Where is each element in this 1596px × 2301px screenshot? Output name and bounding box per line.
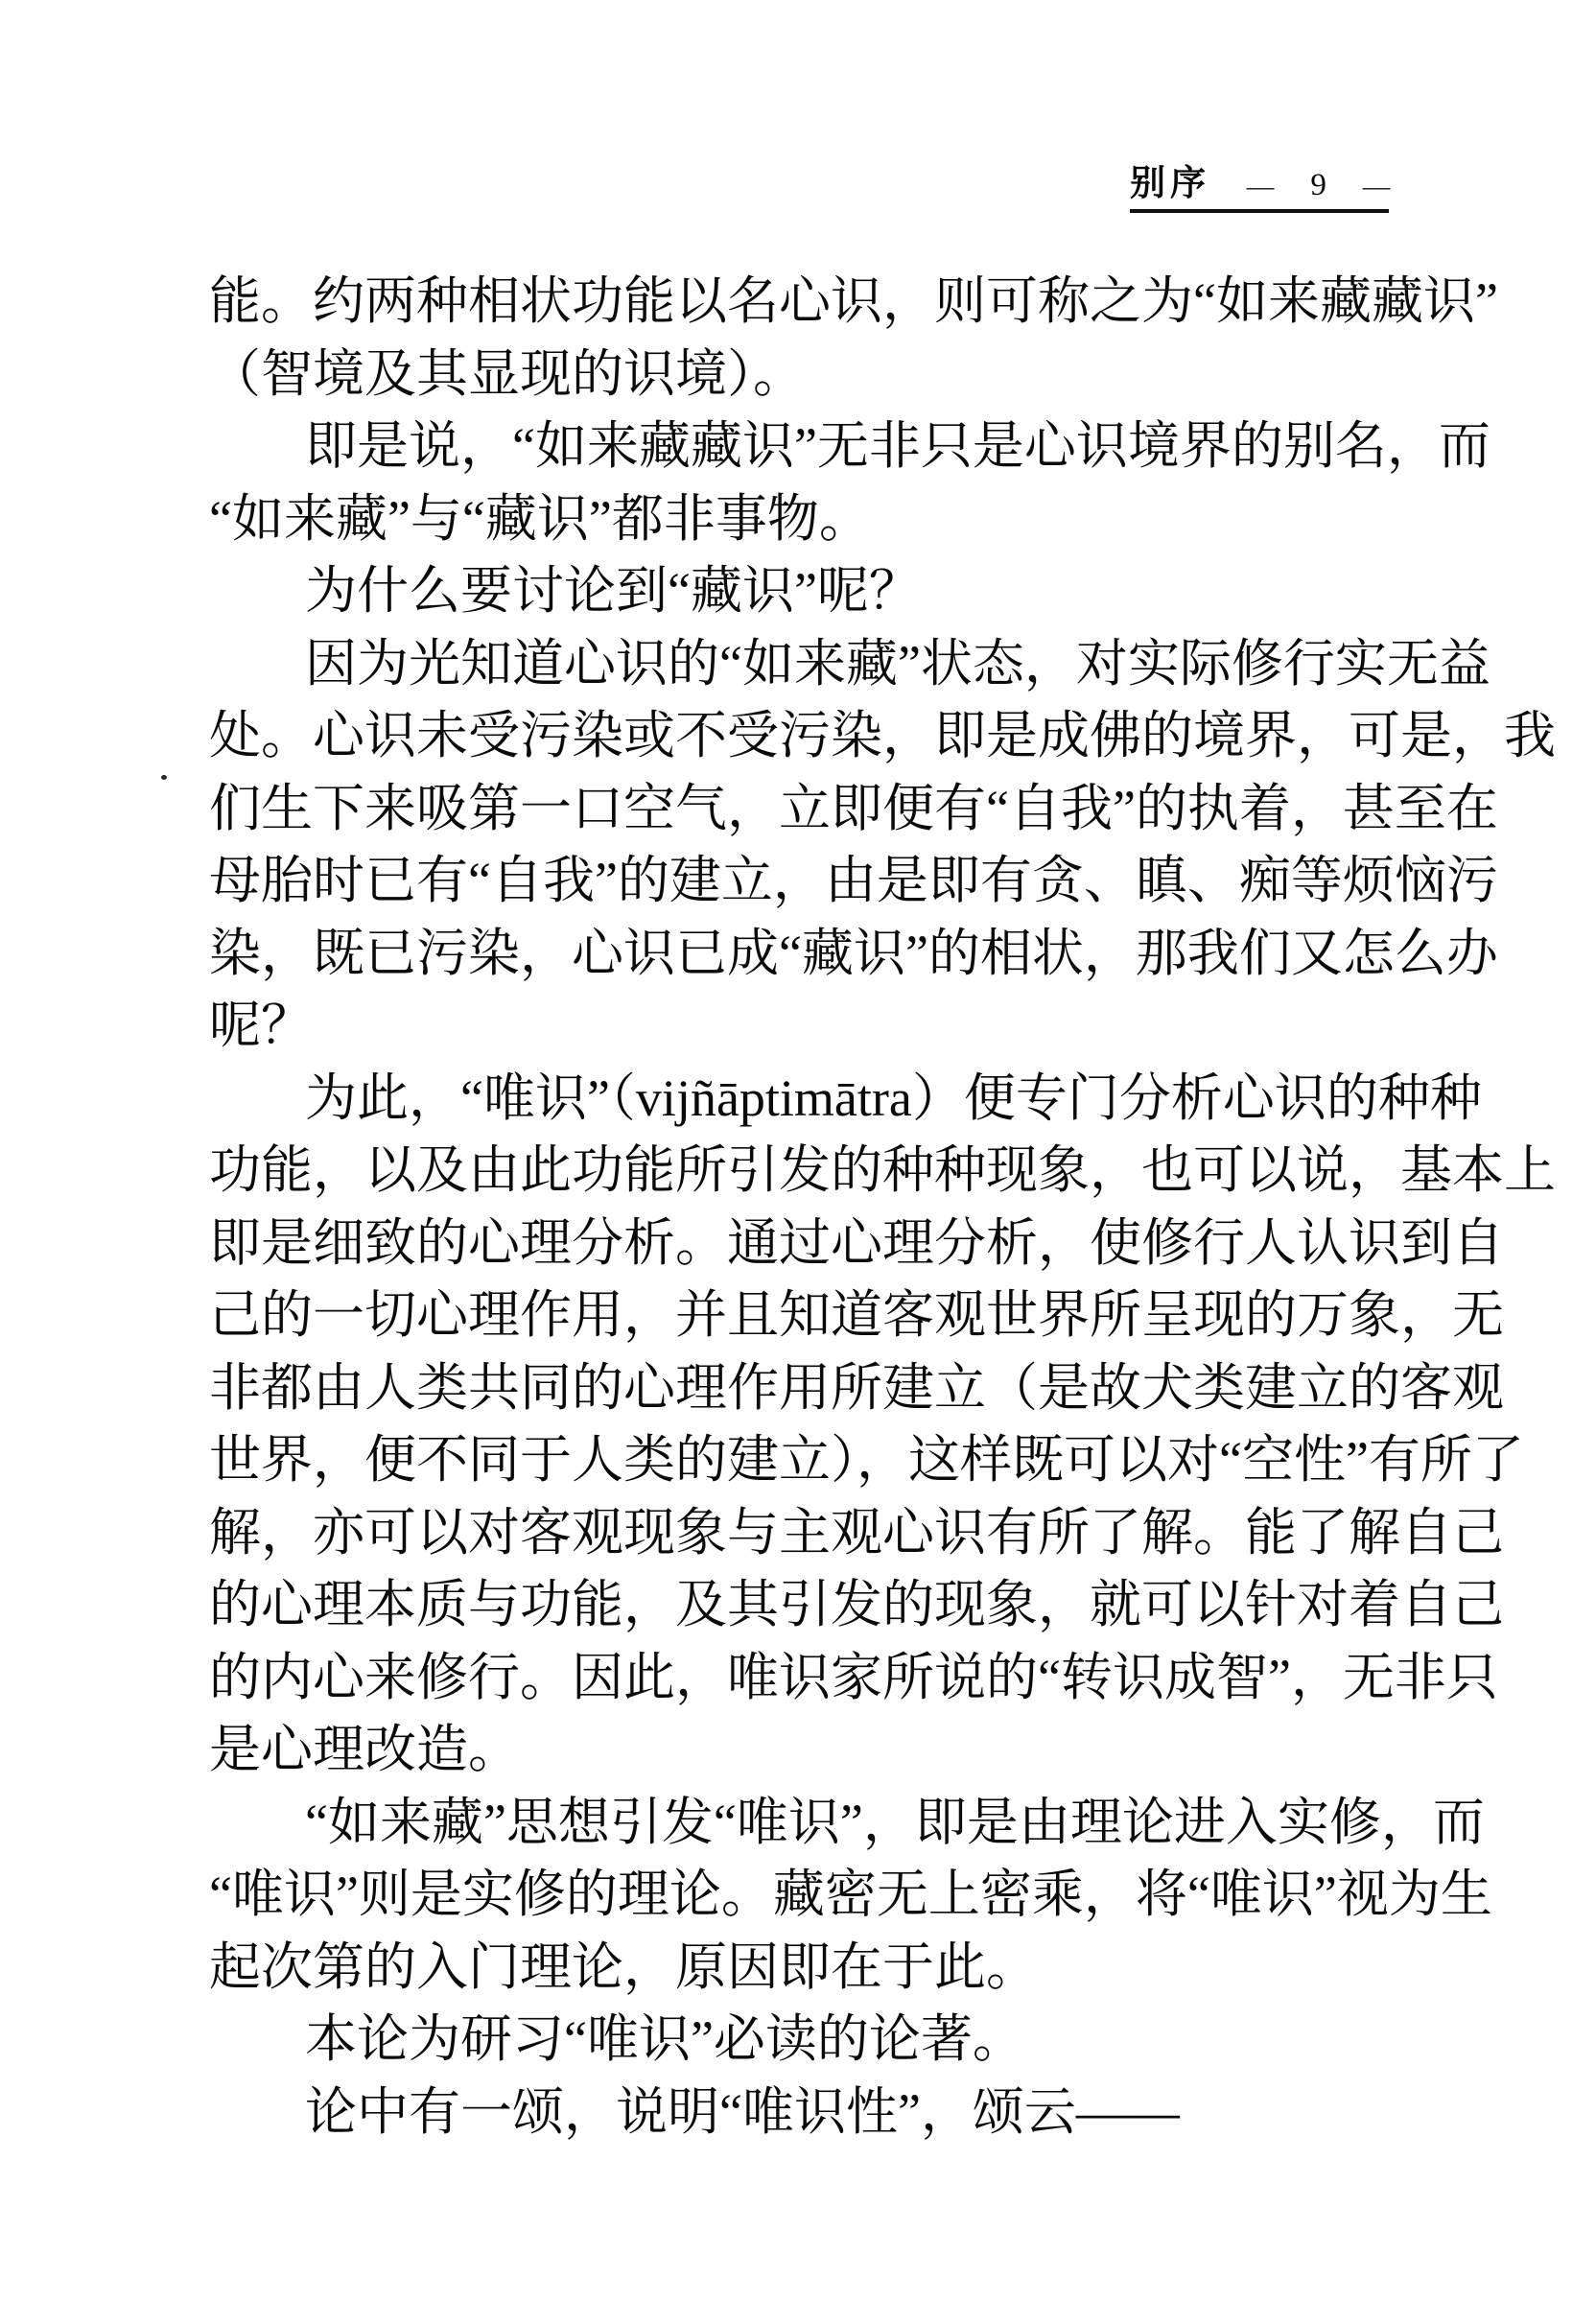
text-line: 为什么要讨论到“藏识”呢？ (209, 555, 1425, 628)
page-number: 9 (1310, 168, 1326, 203)
header-dash-left: — (1247, 173, 1275, 201)
book-page: 别序 — 9 — 能。约两种相状功能以名心识，则可称之为“如来藏藏识”（智境及其… (0, 0, 1596, 2301)
text-line: 起次第的入门理论，原因即在于此。 (209, 1932, 1425, 2005)
text-line: 的心理本质与功能，及其引发的现象，就可以针对着自己 (209, 1569, 1425, 1642)
running-head: 别序 — 9 — (1130, 153, 1389, 203)
text-line: 们生下来吸第一口空气，立即便有“自我”的执着，甚至在 (209, 773, 1425, 846)
text-line: 为此，“唯识”（vijñāptimātra）便专门分析心识的种种 (209, 1063, 1425, 1136)
text-line: 即是说，“如来藏藏识”无非只是心识境界的别名，而 (209, 411, 1425, 483)
text-line: 染，既已污染，心识已成“藏识”的相状，那我们又怎么办 (209, 918, 1425, 991)
text-line: “如来藏”与“藏识”都非事物。 (209, 483, 1425, 556)
text-line: 呢？ (209, 990, 1425, 1063)
body-text: 能。约两种相状功能以名心识，则可称之为“如来藏藏识”（智境及其显现的识境）。即是… (209, 266, 1425, 2148)
text-line: 母胎时已有“自我”的建立，由是即有贪、瞋、痴等烦恼污 (209, 845, 1425, 918)
text-line: 处。心识未受污染或不受污染，即是成佛的境界，可是，我 (209, 700, 1425, 773)
text-line: 是心理改造。 (209, 1714, 1425, 1787)
text-line: 世界，便不同于人类的建立），这样既可以对“空性”有所了 (209, 1424, 1425, 1497)
text-line: “如来藏”思想引发“唯识”，即是由理论进入实修，而 (209, 1787, 1425, 1860)
text-line: 即是细致的心理分析。通过心理分析，使修行人认识到自 (209, 1208, 1425, 1280)
text-line: 解，亦可以对客观现象与主观心识有所了解。能了解自己 (209, 1497, 1425, 1570)
section-title: 别序 (1130, 153, 1210, 205)
text-line: 论中有一颂，说明“唯识性”，颂云—— (209, 2077, 1425, 2149)
header-dash-right: — (1363, 173, 1391, 201)
text-line: 能。约两种相状功能以名心识，则可称之为“如来藏藏识” (209, 266, 1425, 339)
text-line: 因为光知道心识的“如来藏”状态，对实际修行实无益 (209, 628, 1425, 701)
text-line: 功能，以及由此功能所引发的种种现象，也可以说，基本上 (209, 1135, 1425, 1208)
text-line: 本论为研习“唯识”必读的论著。 (209, 2004, 1425, 2077)
text-line: “唯识”则是实修的理论。藏密无上密乘，将“唯识”视为生 (209, 1859, 1425, 1932)
text-line: （智境及其显现的识境）。 (209, 339, 1425, 411)
text-line: 非都由人类共同的心理作用所建立（是故犬类建立的客观 (209, 1352, 1425, 1425)
scan-speck (161, 775, 167, 780)
header-rule (1130, 209, 1389, 213)
text-line: 的内心来修行。因此，唯识家所说的“转识成智”，无非只 (209, 1642, 1425, 1715)
text-line: 己的一切心理作用，并且知道客观世界所呈现的万象，无 (209, 1280, 1425, 1352)
